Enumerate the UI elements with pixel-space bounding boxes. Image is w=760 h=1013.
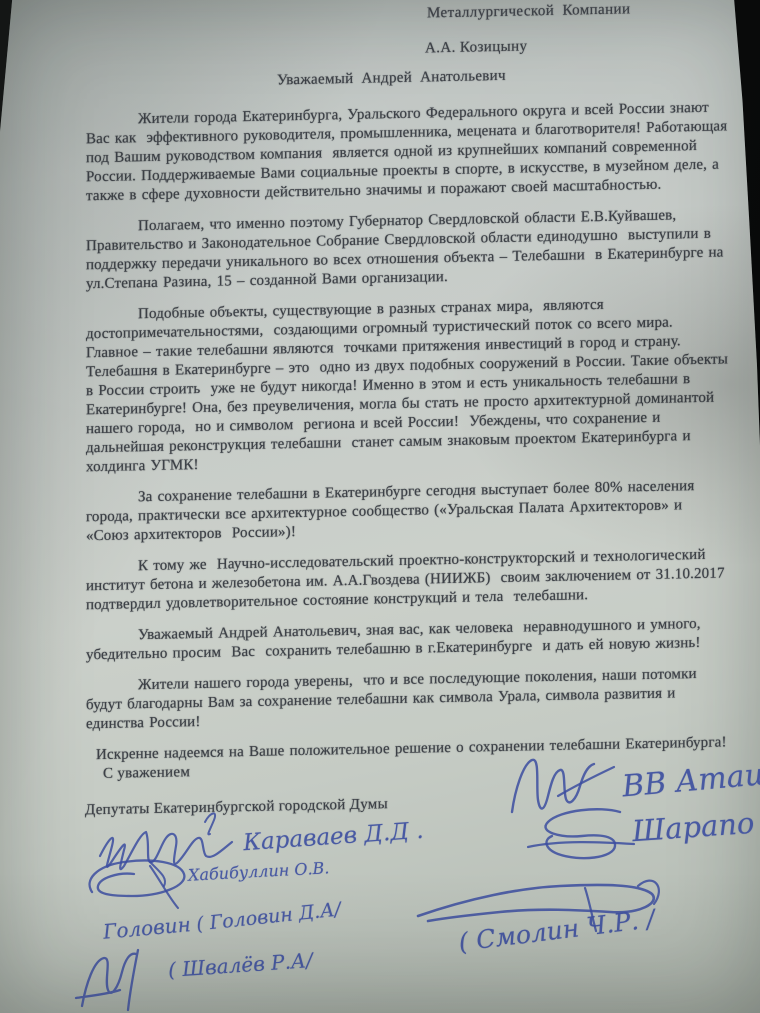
paragraph-7: Жители нашего города уверены, что и все …: [86, 664, 728, 734]
sign-off: С уважением: [103, 764, 190, 783]
recipient-name: А.А. Козицыну: [425, 38, 527, 57]
paragraph-1: Жители города Екатеринбурга, Уральского …: [86, 98, 728, 206]
signatories-title: Депутаты Екатеринбургской городской Думы: [85, 796, 388, 819]
letter-printed-text: Металлургической Компании А.А. Козицыну …: [0, 0, 760, 1013]
salutation: Уважаемый Андрей Анатольевич: [277, 68, 506, 90]
closing-line: Искренне надеемся на Ваше положительное …: [86, 733, 728, 765]
paragraph-4: За сохранение телебашни в Екатеринбурге …: [86, 476, 728, 546]
paragraph-6: Уважаемый Андрей Анатольевич, зная вас, …: [86, 614, 728, 665]
letter-body: Жители города Екатеринбурга, Уральского …: [86, 98, 728, 777]
letter-photo: Металлургической Компании А.А. Козицыну …: [0, 0, 760, 1013]
paragraph-3: Подобные объекты, существующие в разных …: [86, 293, 728, 477]
recipient-company: Металлургической Компании: [427, 1, 630, 22]
paragraph-2: Полагаем, что именно поэтому Губернатор …: [86, 205, 728, 294]
paragraph-5: К тому же Научно-исследовательский проек…: [86, 545, 728, 615]
letter-paper: Металлургической Компании А.А. Козицыну …: [0, 0, 760, 1013]
